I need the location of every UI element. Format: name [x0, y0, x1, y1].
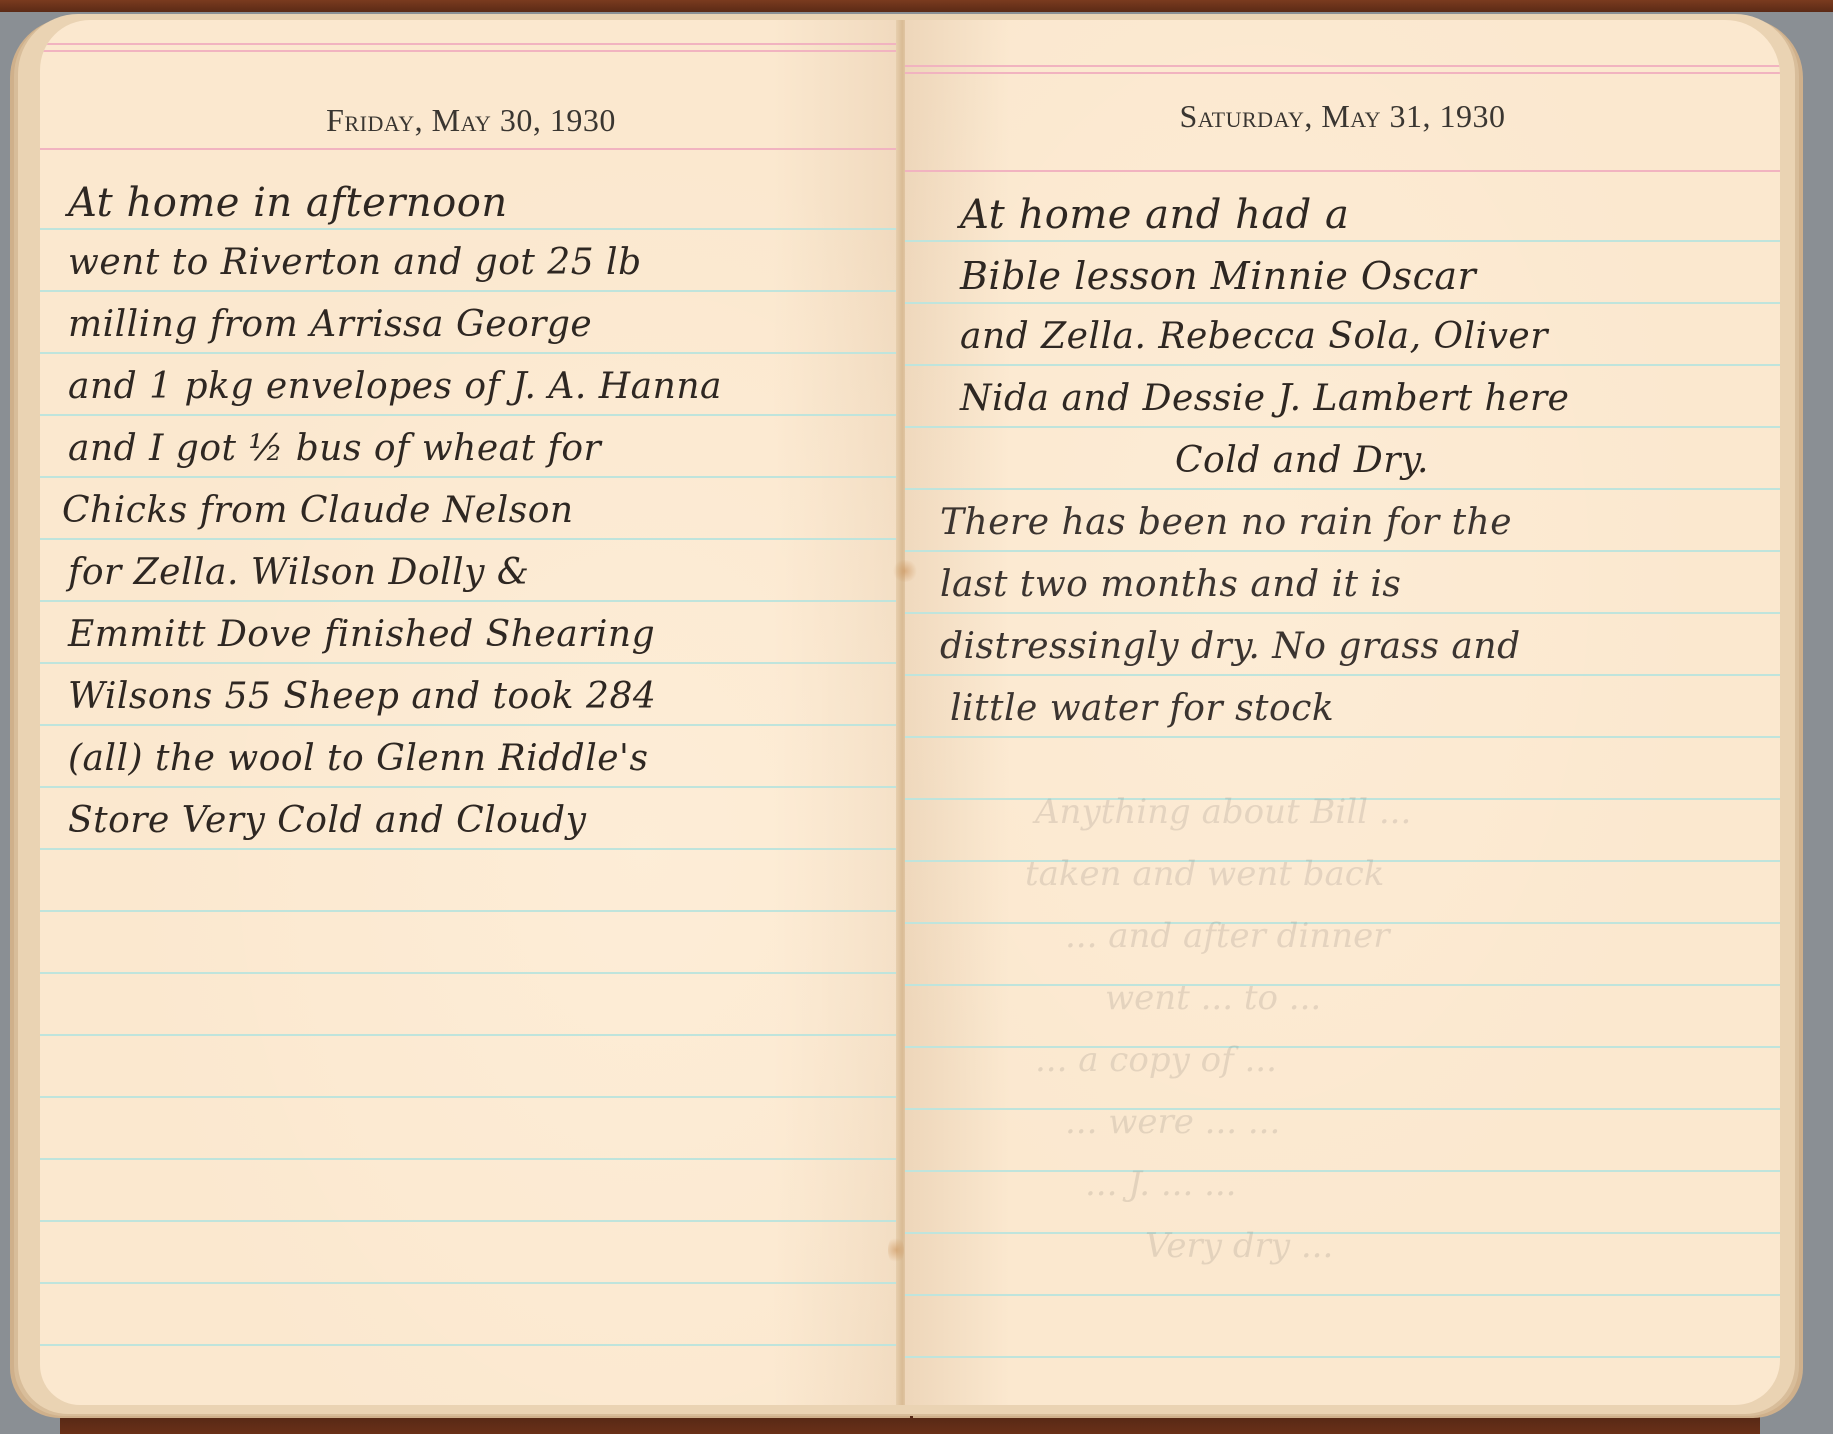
- ruled-line: [905, 612, 1780, 614]
- handwritten-line: and Zella. Rebecca Sola, Oliver: [960, 316, 1548, 357]
- pink-header-rule: [40, 50, 902, 52]
- handwritten-line: Store Very Cold and Cloudy: [68, 800, 586, 841]
- ruled-line: [40, 910, 902, 912]
- handwritten-line: little water for stock: [950, 688, 1334, 729]
- handwritten-line: for Zella. Wilson Dolly &: [68, 552, 529, 593]
- ruled-line: [40, 1096, 902, 1098]
- diary-cover-top: [0, 0, 1833, 12]
- handwritten-line: At home and had a: [960, 192, 1349, 238]
- bleed-through-line: ... and after dinner: [1065, 916, 1389, 956]
- handwritten-line: At home in afternoon: [68, 180, 508, 226]
- handwritten-line: Chicks from Claude Nelson: [62, 490, 574, 531]
- ruled-line: [905, 240, 1780, 242]
- ruled-line: [40, 1220, 902, 1222]
- ruled-line: [905, 1294, 1780, 1296]
- handwritten-line: and I got ½ bus of wheat for: [68, 428, 601, 469]
- ruled-line: [40, 786, 902, 788]
- ruled-line: [40, 1158, 902, 1160]
- paper-stain: [892, 560, 918, 582]
- ruled-line: [40, 228, 902, 230]
- bleed-through-line: Anything about Bill ...: [1035, 792, 1411, 832]
- handwritten-line: Cold and Dry.: [1175, 440, 1429, 481]
- ruled-line: [40, 1034, 902, 1036]
- right-diary-page: Saturday, May 31, 1930 At home and had a…: [905, 20, 1780, 1405]
- date-heading-friday: Friday, May 30, 1930: [40, 102, 902, 139]
- ruled-line: [40, 538, 902, 540]
- ruled-line: [905, 1232, 1780, 1234]
- handwritten-line: distressingly dry. No grass and: [940, 626, 1521, 667]
- ruled-line: [905, 488, 1780, 490]
- handwritten-line: Emmitt Dove finished Shearing: [68, 614, 655, 655]
- ruled-line: [40, 476, 902, 478]
- ruled-line: [905, 550, 1780, 552]
- handwritten-line: Bible lesson Minnie Oscar: [960, 254, 1476, 298]
- ruled-line: [905, 984, 1780, 986]
- ruled-line: [40, 662, 902, 664]
- ruled-line: [40, 600, 902, 602]
- handwritten-line: and 1 pkg envelopes of J. A. Hanna: [68, 366, 722, 407]
- ruled-line: [905, 736, 1780, 738]
- handwritten-line: Nida and Dessie J. Lambert here: [960, 378, 1569, 419]
- ruled-line: [905, 302, 1780, 304]
- pink-header-rule: [40, 148, 902, 150]
- ruled-line: [905, 674, 1780, 676]
- ruled-line: [40, 848, 902, 850]
- ruled-line: [905, 364, 1780, 366]
- ruled-line: [40, 724, 902, 726]
- handwritten-line: milling from Arrissa George: [68, 304, 592, 345]
- ruled-line: [905, 1108, 1780, 1110]
- bleed-through-line: ... J. ... ...: [1085, 1164, 1237, 1204]
- ruled-line: [905, 426, 1780, 428]
- pink-header-rule: [905, 65, 1780, 67]
- handwritten-line: Wilsons 55 Sheep and took 284: [68, 676, 656, 717]
- ruled-line: [40, 1344, 902, 1346]
- ruled-line: [905, 1170, 1780, 1172]
- handwritten-line: last two months and it is: [940, 564, 1401, 605]
- bleed-through-line: Very dry ...: [1145, 1226, 1333, 1266]
- pink-header-rule: [905, 72, 1780, 74]
- left-diary-page: Friday, May 30, 1930 At home in afternoo…: [40, 20, 902, 1405]
- bleed-through-line: taken and went back: [1025, 854, 1384, 894]
- paper-stain: [888, 1235, 904, 1265]
- ruled-line: [40, 352, 902, 354]
- pink-header-rule: [40, 43, 902, 45]
- handwritten-line: went to Riverton and got 25 lb: [68, 242, 642, 283]
- ruled-line: [40, 290, 902, 292]
- bleed-through-line: went ... to ...: [1105, 978, 1321, 1018]
- ruled-line: [905, 1356, 1780, 1358]
- handwritten-line: (all) the wool to Glenn Riddle's: [68, 738, 648, 779]
- bleed-through-line: ... a copy of ...: [1035, 1040, 1277, 1080]
- ruled-line: [40, 414, 902, 416]
- ruled-line: [40, 972, 902, 974]
- bleed-through-line: ... were ... ...: [1065, 1102, 1280, 1142]
- pink-header-rule: [905, 170, 1780, 172]
- date-heading-saturday: Saturday, May 31, 1930: [905, 98, 1780, 135]
- handwritten-line: There has been no rain for the: [940, 502, 1512, 543]
- ruled-line: [40, 1282, 902, 1284]
